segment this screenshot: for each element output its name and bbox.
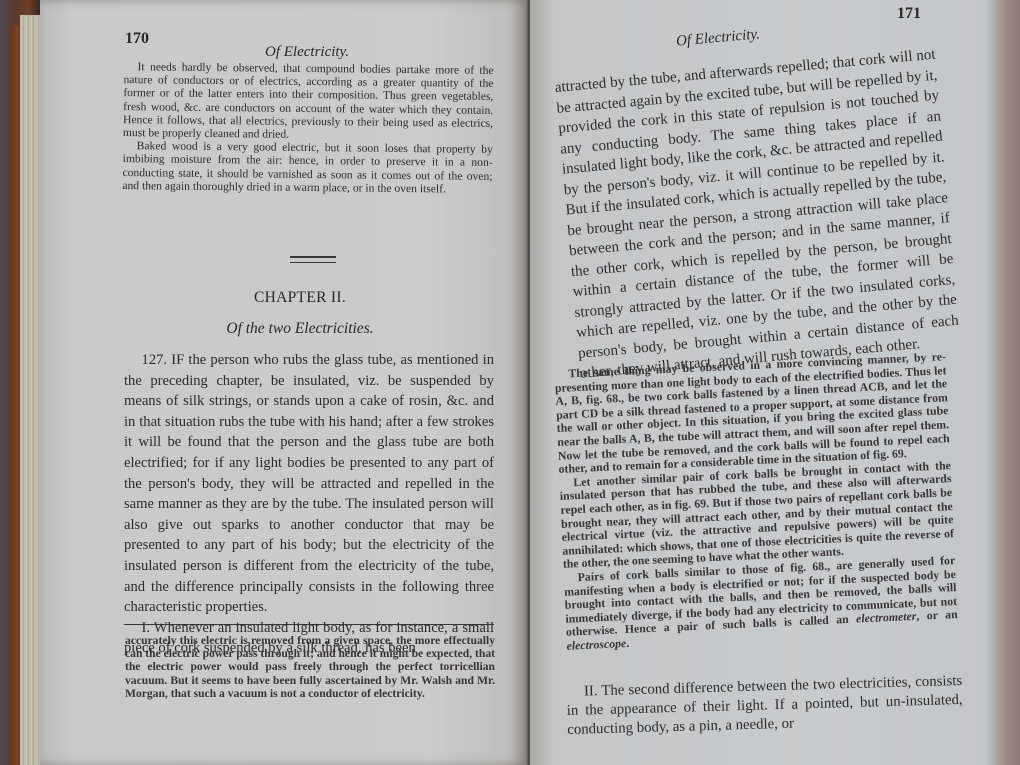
section-divider	[290, 256, 336, 263]
paragraph: attracted by the tube, and afterwards re…	[554, 45, 961, 385]
right-top-text: attracted by the tube, and afterwards re…	[554, 45, 961, 385]
paragraph: 127. IF the person who rubs the glass tu…	[124, 350, 494, 618]
running-head: Of Electricity.	[265, 44, 349, 61]
intro-text: It needs hardly be observed, that compou…	[122, 60, 493, 196]
right-page: 171 Of Electricity. attracted by the tub…	[530, 0, 1020, 765]
electrometer-paragraph: Pairs of cork balls similar to those of …	[563, 554, 958, 653]
footnote-text: accurately this electric is removed from…	[125, 634, 495, 700]
page-number: 170	[125, 30, 149, 48]
paragraph: The same thing may be observed in a more…	[554, 350, 951, 476]
paragraph: II. The second difference between the tw…	[566, 672, 963, 740]
right-small-text: The same thing may be observed in a more…	[554, 350, 959, 653]
chapter-title: CHAPTER II.	[100, 289, 500, 307]
term-electroscope: electroscope	[566, 636, 626, 653]
paragraph: Baked wood is a very good electric, but …	[122, 139, 493, 196]
page-number: 171	[897, 5, 921, 23]
paragraph: It needs hardly be observed, that compou…	[123, 60, 494, 143]
footnote: accurately this electric is removed from…	[125, 634, 495, 700]
running-head: Of Electricity.	[675, 26, 760, 50]
chapter-subtitle: Of the two Electricities.	[100, 320, 500, 338]
right-bottom-text: II. The second difference between the tw…	[566, 672, 963, 740]
footnote-rule	[124, 624, 494, 625]
chapter-body: 127. IF the person who rubs the glass tu…	[124, 350, 494, 659]
term-electrometer: electrometer	[856, 609, 917, 626]
